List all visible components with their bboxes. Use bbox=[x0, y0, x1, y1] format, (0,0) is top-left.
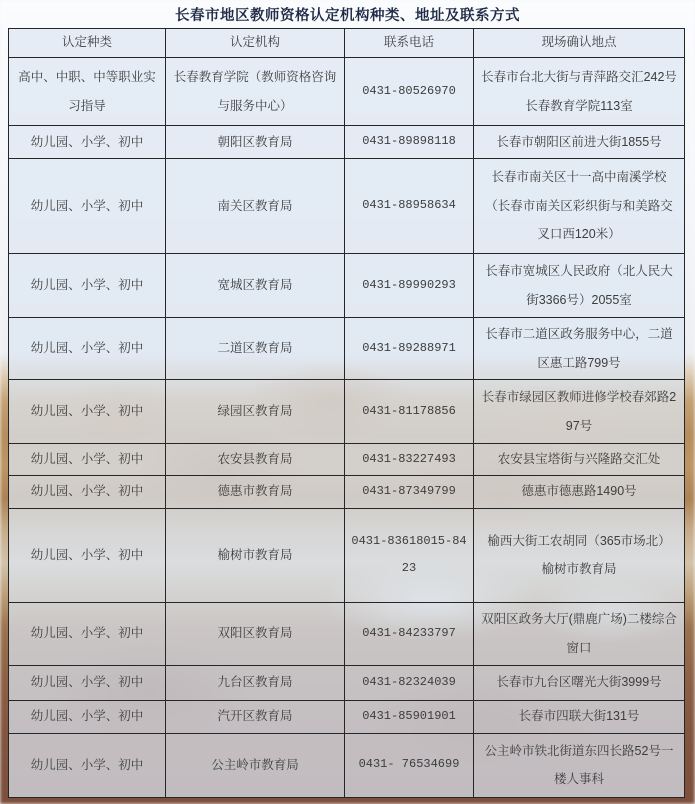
cell-cert-org: 朝阳区教育局 bbox=[166, 126, 345, 159]
cell-phone: 0431-83618015-8423 bbox=[345, 508, 474, 602]
cell-phone: 0431-89990293 bbox=[345, 254, 474, 318]
cell-phone: 0431-82324039 bbox=[345, 665, 474, 700]
cell-location: 长春市二道区政务服务中心，二道区惠工路799号 bbox=[474, 318, 685, 380]
cell-cert-type: 幼儿园、小学、初中 bbox=[9, 665, 166, 700]
cell-phone: 0431-89898118 bbox=[345, 126, 474, 159]
cell-phone: 0431-88958634 bbox=[345, 159, 474, 254]
cell-cert-type: 幼儿园、小学、初中 bbox=[9, 159, 166, 254]
table-row: 幼儿园、小学、初中 公主岭市教育局 0431- 76534699 公主岭市铁北街… bbox=[9, 733, 685, 797]
table-row: 幼儿园、小学、初中 农安县教育局 0431-83227493 农安县宝塔街与兴隆… bbox=[9, 444, 685, 476]
table-row: 幼儿园、小学、初中 双阳区教育局 0431-84233797 双阳区政务大厅(鼎… bbox=[9, 602, 685, 665]
table-row: 幼儿园、小学、初中 南关区教育局 0431-88958634 长春市南关区十一高… bbox=[9, 159, 685, 254]
cell-cert-type: 幼儿园、小学、初中 bbox=[9, 318, 166, 380]
cell-cert-org: 宽城区教育局 bbox=[166, 254, 345, 318]
header-phone: 联系电话 bbox=[345, 29, 474, 58]
cell-cert-org: 德惠市教育局 bbox=[166, 475, 345, 508]
cell-cert-type: 高中、中职、中等职业实习指导 bbox=[9, 58, 166, 126]
cell-cert-type: 幼儿园、小学、初中 bbox=[9, 602, 166, 665]
table-row: 幼儿园、小学、初中 德惠市教育局 0431-87349799 德惠市德惠路149… bbox=[9, 475, 685, 508]
cell-location: 长春市四联大街131号 bbox=[474, 700, 685, 733]
table-row: 幼儿园、小学、初中 九台区教育局 0431-82324039 长春市九台区曙光大… bbox=[9, 665, 685, 700]
cell-phone: 0431-81178856 bbox=[345, 380, 474, 444]
cell-location: 榆西大街工农胡同（365市场北） 榆树市教育局 bbox=[474, 508, 685, 602]
cell-cert-org: 绿园区教育局 bbox=[166, 380, 345, 444]
cell-location: 双阳区政务大厅(鼎鹿广场)二楼综合窗口 bbox=[474, 602, 685, 665]
cell-cert-type: 幼儿园、小学、初中 bbox=[9, 733, 166, 797]
cell-location: 长春市九台区曙光大街3999号 bbox=[474, 665, 685, 700]
cell-cert-org: 长春教育学院（教师资格咨询与服务中心） bbox=[166, 58, 345, 126]
cell-cert-org: 双阳区教育局 bbox=[166, 602, 345, 665]
cell-cert-type: 幼儿园、小学、初中 bbox=[9, 700, 166, 733]
table-row: 幼儿园、小学、初中 绿园区教育局 0431-81178856 长春市绿园区教师进… bbox=[9, 380, 685, 444]
table-row: 幼儿园、小学、初中 二道区教育局 0431-89288971 长春市二道区政务服… bbox=[9, 318, 685, 380]
cell-phone: 0431-89288971 bbox=[345, 318, 474, 380]
cell-phone: 0431-85901901 bbox=[345, 700, 474, 733]
cell-location: 长春市台北大街与青萍路交汇242号长春教育学院113室 bbox=[474, 58, 685, 126]
cell-cert-org: 公主岭市教育局 bbox=[166, 733, 345, 797]
cell-cert-org: 农安县教育局 bbox=[166, 444, 345, 476]
cell-phone: 0431-80526970 bbox=[345, 58, 474, 126]
cell-cert-type: 幼儿园、小学、初中 bbox=[9, 126, 166, 159]
table-row: 幼儿园、小学、初中 宽城区教育局 0431-89990293 长春市宽城区人民政… bbox=[9, 254, 685, 318]
cell-cert-type: 幼儿园、小学、初中 bbox=[9, 380, 166, 444]
header-cert-org: 认定机构 bbox=[166, 29, 345, 58]
cell-location: 公主岭市铁北街道东四长路52号一楼人事科 bbox=[474, 733, 685, 797]
cell-cert-org: 汽开区教育局 bbox=[166, 700, 345, 733]
cell-phone: 0431-87349799 bbox=[345, 475, 474, 508]
cell-cert-type: 幼儿园、小学、初中 bbox=[9, 444, 166, 476]
certification-table: 认定种类 认定机构 联系电话 现场确认地点 高中、中职、中等职业实习指导 长春教… bbox=[8, 28, 685, 798]
cell-phone: 0431- 76534699 bbox=[345, 733, 474, 797]
table-row: 幼儿园、小学、初中 汽开区教育局 0431-85901901 长春市四联大街13… bbox=[9, 700, 685, 733]
cell-location: 长春市朝阳区前进大街1855号 bbox=[474, 126, 685, 159]
cell-cert-org: 南关区教育局 bbox=[166, 159, 345, 254]
cell-location: 农安县宝塔街与兴隆路交汇处 bbox=[474, 444, 685, 476]
table-row: 幼儿园、小学、初中 榆树市教育局 0431-83618015-8423 榆西大街… bbox=[9, 508, 685, 602]
header-cert-type: 认定种类 bbox=[9, 29, 166, 58]
cell-cert-org: 九台区教育局 bbox=[166, 665, 345, 700]
cell-location: 长春市南关区十一高中南溪学校（长春市南关区彩织街与和美路交叉口西120米） bbox=[474, 159, 685, 254]
cell-cert-org: 二道区教育局 bbox=[166, 318, 345, 380]
cell-cert-org: 榆树市教育局 bbox=[166, 508, 345, 602]
table-row: 幼儿园、小学、初中 朝阳区教育局 0431-89898118 长春市朝阳区前进大… bbox=[9, 126, 685, 159]
cell-cert-type: 幼儿园、小学、初中 bbox=[9, 508, 166, 602]
document-page: 长春市地区教师资格认定机构种类、地址及联系方式 认定种类 认定机构 联系电话 现… bbox=[0, 0, 695, 804]
cell-cert-type: 幼儿园、小学、初中 bbox=[9, 254, 166, 318]
header-location: 现场确认地点 bbox=[474, 29, 685, 58]
cell-phone: 0431-83227493 bbox=[345, 444, 474, 476]
table-row: 高中、中职、中等职业实习指导 长春教育学院（教师资格咨询与服务中心） 0431-… bbox=[9, 58, 685, 126]
cell-location: 德惠市德惠路1490号 bbox=[474, 475, 685, 508]
cell-location: 长春市绿园区教师进修学校春郊路297号 bbox=[474, 380, 685, 444]
cell-cert-type: 幼儿园、小学、初中 bbox=[9, 475, 166, 508]
page-title: 长春市地区教师资格认定机构种类、地址及联系方式 bbox=[0, 4, 695, 25]
cell-location: 长春市宽城区人民政府（北人民大街3366号）2055室 bbox=[474, 254, 685, 318]
cell-phone: 0431-84233797 bbox=[345, 602, 474, 665]
table-header-row: 认定种类 认定机构 联系电话 现场确认地点 bbox=[9, 29, 685, 58]
